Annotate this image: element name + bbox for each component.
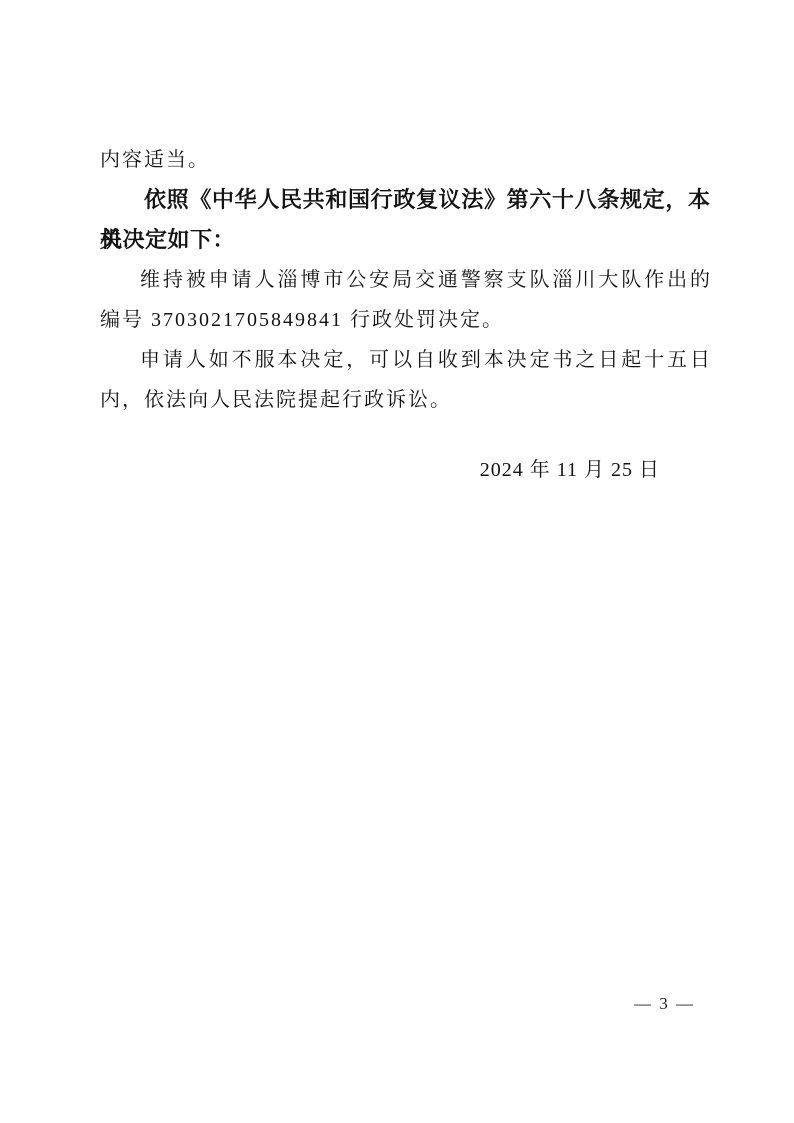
appeal-rights-line-2: 内，依法向人民法院提起行政诉讼。 (100, 380, 710, 420)
decision-date: 2024 年 11 月 25 日 (100, 450, 710, 490)
page-number: — 3 — (634, 994, 695, 1014)
decision-uphold-line-1: 维持被申请人淄博市公安局交通警察支队淄川大队作出的 (100, 260, 710, 300)
document-page: 内容适当。 依照《中华人民共和国行政复议法》第六十八条规定，本机 关决定如下： … (0, 0, 794, 1123)
appeal-rights-line-1: 申请人如不服本决定，可以自收到本决定书之日起十五日 (100, 340, 710, 380)
content-appropriate-line: 内容适当。 (100, 140, 710, 180)
legal-basis-heading-line-1: 依照《中华人民共和国行政复议法》第六十八条规定，本机 (100, 180, 710, 220)
legal-basis-heading-line-2: 关决定如下： (100, 220, 710, 260)
decision-uphold-line-2: 编号 3703021705849841 行政处罚决定。 (100, 300, 710, 340)
document-body: 内容适当。 依照《中华人民共和国行政复议法》第六十八条规定，本机 关决定如下： … (100, 140, 710, 490)
